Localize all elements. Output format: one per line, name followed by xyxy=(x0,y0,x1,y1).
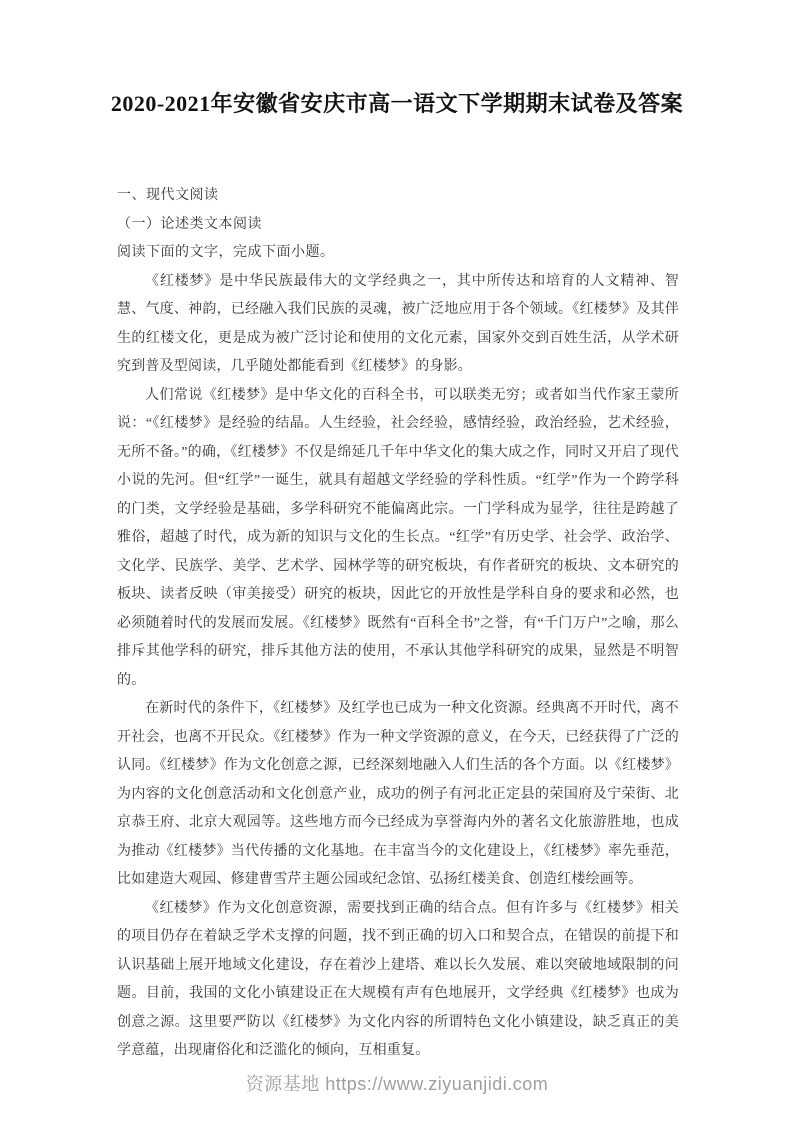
body-paragraph-1: 《红楼梦》是中华民族最伟大的文学经典之一，其中所传达和培育的人文精神、智慧、气度… xyxy=(117,268,679,382)
reading-instruction: 阅读下面的文字，完成下面小题。 xyxy=(117,239,679,268)
document-page: 2020-2021年安徽省安庆市高一语文下学期期末试卷及答案 一、现代文阅读 （… xyxy=(0,0,794,1122)
subsection-heading: （一）论述类文本阅读 xyxy=(117,211,679,240)
body-paragraph-2: 人们常说《红楼梦》是中华文化的百科全书，可以联类无穷；或者如当代作家王蒙所说：“… xyxy=(117,382,679,696)
page-title: 2020-2021年安徽省安庆市高一语文下学期期末试卷及答案 xyxy=(104,0,690,120)
footer-watermark: 资源基地 https://www.ziyuanjidi.com xyxy=(0,1070,794,1096)
footer-site-name: 资源基地 xyxy=(246,1074,320,1094)
section-heading: 一、现代文阅读 xyxy=(117,182,679,211)
body-paragraph-4: 《红楼梦》作为文化创意资源，需要找到正确的结合点。但有许多与《红楼梦》相关的项目… xyxy=(117,895,679,1066)
footer-site-url[interactable]: https://www.ziyuanjidi.com xyxy=(325,1074,548,1094)
document-body: 一、现代文阅读 （一）论述类文本阅读 阅读下面的文字，完成下面小题。 《红楼梦》… xyxy=(117,182,679,1066)
body-paragraph-3: 在新时代的条件下，《红楼梦》及红学也已成为一种文化资源。经典离不开时代，离不开社… xyxy=(117,695,679,895)
